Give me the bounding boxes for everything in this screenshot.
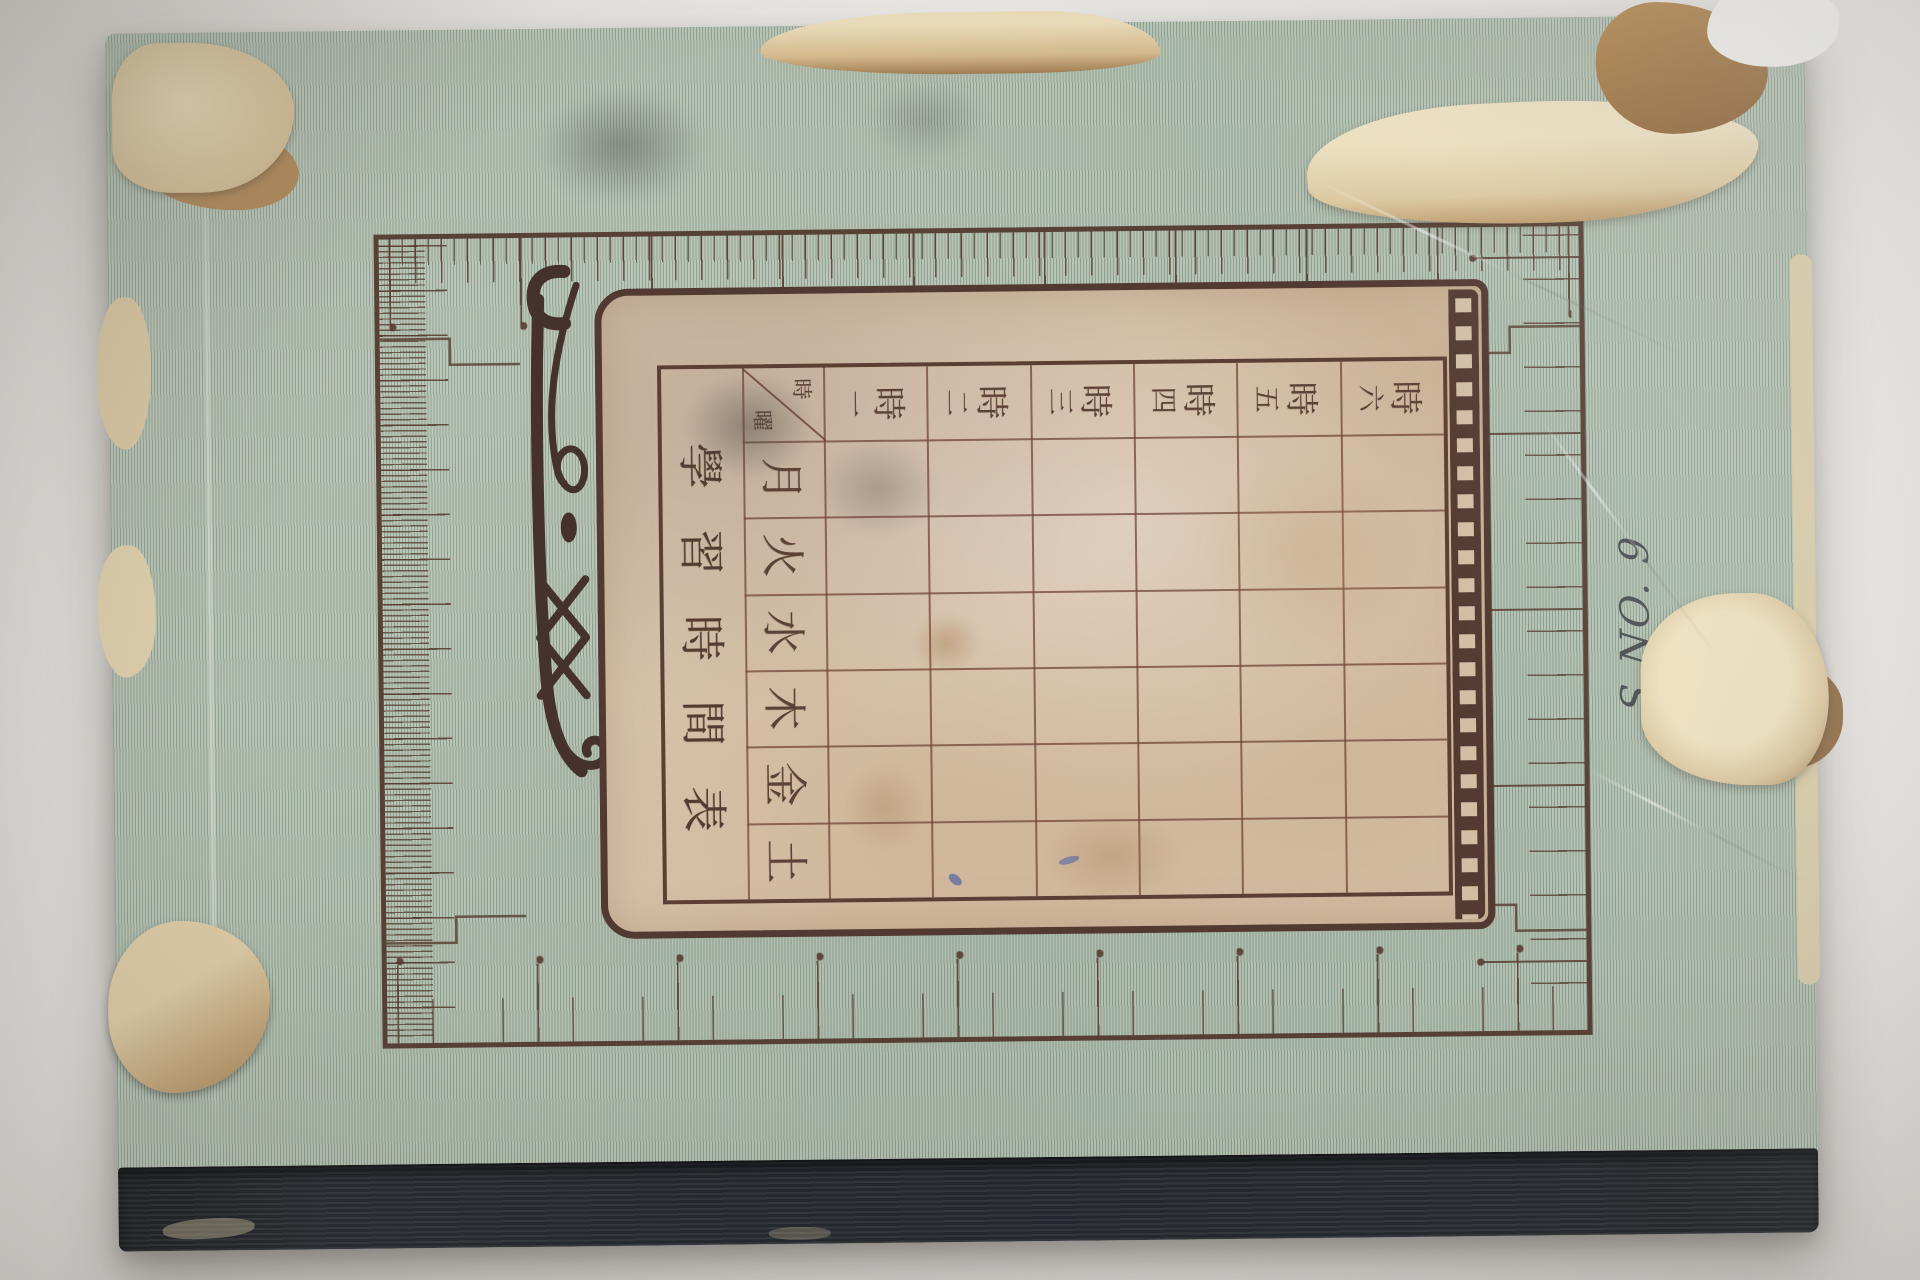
hour-header-3: 三時: [1030, 364, 1134, 438]
torn-paper-edge: [1304, 91, 1761, 234]
torn-paper-edge: [107, 920, 271, 1094]
title-char: 學: [669, 443, 736, 490]
weekday-friday: 金: [746, 746, 830, 823]
weekday-monday: 月: [743, 441, 827, 518]
spine-binding: [118, 1148, 1819, 1251]
cover-smudge: [864, 78, 990, 161]
grid-line: [1030, 365, 1038, 896]
weekday-wednesday: 水: [745, 594, 829, 671]
corner-cell: 時 曜: [742, 368, 826, 442]
crease-line: [1588, 768, 1811, 886]
hour-header-5: 五時: [1236, 362, 1341, 436]
torn-paper-edge: [97, 545, 156, 678]
torn-paper-edge: [760, 10, 1161, 77]
hour-header-1: 一時: [823, 366, 927, 440]
weekday-tuesday: 火: [744, 517, 828, 594]
grid-line: [746, 739, 1447, 749]
spine-scuff: [162, 1216, 255, 1242]
grid-line: [747, 815, 1448, 825]
torn-cardboard-edge: [1734, 662, 1843, 769]
title-char: 習: [670, 528, 737, 575]
hour-header-2: 二時: [926, 365, 1031, 439]
grid-line: [744, 510, 1445, 520]
grid-line: [745, 663, 1446, 673]
timetable-grid: 學 習 時 間 表 時 曜 一時 二時 三時 四時 五時 六時: [657, 356, 1453, 904]
fold-crease: [202, 113, 219, 1143]
grid-line: [1236, 363, 1244, 894]
handwritten-text: S NO. 9: [1612, 532, 1660, 715]
cover-smudge: [534, 85, 710, 207]
teardrop-shape: [561, 512, 577, 542]
weekday-thursday: 木: [745, 670, 829, 747]
label-title-column: 學 習 時 間 表: [661, 368, 748, 900]
grid-line: [1340, 362, 1348, 893]
spine-scuff: [769, 1227, 831, 1241]
missing-corner-notch: [1707, 0, 1840, 68]
corner-hour-label: 時: [788, 378, 818, 399]
handwritten-number: S NO. 9: [1591, 510, 1682, 737]
filmstrip-border: [1448, 289, 1485, 919]
hour-header-4: 四時: [1133, 363, 1237, 437]
title-char: 時: [671, 614, 738, 661]
title-char: 表: [673, 786, 740, 833]
grid-line: [1133, 364, 1141, 895]
title-char: 間: [672, 700, 739, 747]
grid-line: [926, 366, 934, 897]
notebook-cover: 學 習 時 間 表 時 曜 一時 二時 三時 四時 五時 六時: [105, 14, 1819, 1251]
weekday-saturday: 土: [747, 823, 831, 900]
torn-paper-edge: [96, 297, 152, 450]
torn-cardboard-corner: [1595, 1, 1768, 135]
page-edge-sliver: [1790, 254, 1820, 984]
hour-header-6: 六時: [1340, 361, 1444, 435]
grid-line: [745, 587, 1446, 597]
torn-paper-edge: [148, 131, 299, 211]
corner-weekday-label: 曜: [748, 410, 778, 431]
